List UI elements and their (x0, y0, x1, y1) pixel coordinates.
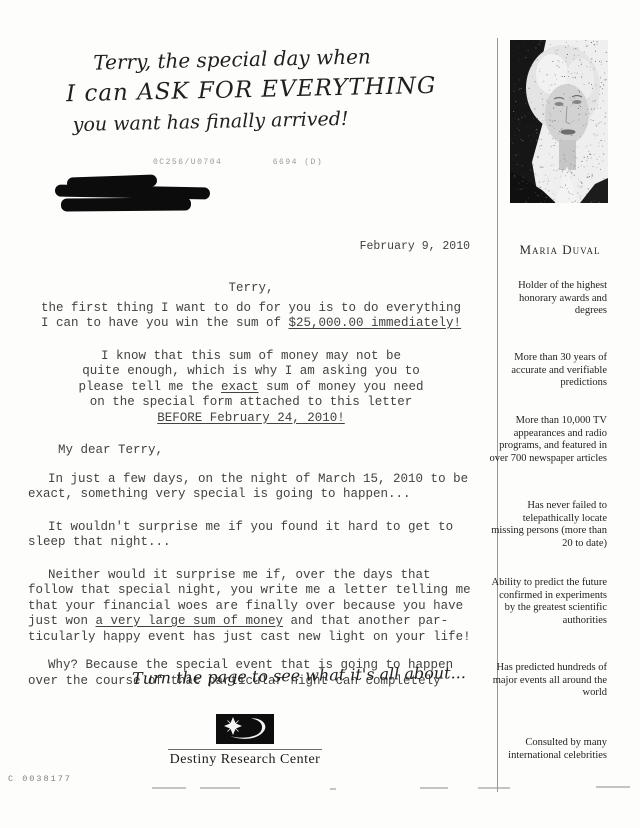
body-line: BEFORE February 24, 2010! (28, 411, 474, 427)
redacted-address-block (55, 176, 220, 216)
body-line: the first thing I want to do for you is … (28, 301, 474, 317)
maria-duval-portrait-photo (510, 40, 608, 203)
credential-item: More than 10,000 TV appearances and radi… (489, 415, 607, 465)
underlined-sum: $25,000.00 immediately! (289, 316, 462, 330)
credential-item: Consulted by many international celebrit… (489, 737, 607, 762)
destiny-research-center-logo (216, 714, 274, 749)
paragraph-request: I know that this sum of money may not be… (28, 349, 474, 427)
letter-body: Terry, the first thing I want to do for … (28, 281, 474, 689)
body-line: please tell me the exact sum of money yo… (28, 380, 474, 396)
body-line: I know that this sum of money may not be (28, 349, 474, 365)
mail-code: C 0038177 (8, 774, 72, 784)
body-line: It wouldn't surprise me if you found it … (28, 520, 474, 536)
paragraph-night: In just a few days, on the night of Marc… (28, 472, 474, 503)
body-line: In just a few days, on the night of Marc… (28, 472, 474, 488)
underlined-large-sum: a very large sum of money (96, 614, 284, 628)
credential-item: Holder of the highest honorary awards an… (489, 280, 607, 318)
body-line: that your financial woes are finally ove… (28, 599, 474, 615)
underlined-deadline: BEFORE February 24, 2010! (157, 411, 345, 425)
body-line: just won a very large sum of money and t… (28, 614, 474, 630)
scan-artifact (478, 787, 510, 789)
scan-artifact (200, 787, 240, 789)
star-swoosh-icon (216, 714, 274, 744)
letter-date: February 9, 2010 (330, 240, 470, 253)
body-line: quite enough, which is why I am asking y… (28, 364, 474, 380)
processing-code: 0C256/U0704 6694 (D) (153, 158, 323, 167)
body-line: exact, something very special is going t… (28, 487, 474, 503)
redaction-stroke (61, 197, 191, 211)
paragraph-win: Neither would it surprise me if, over th… (28, 568, 474, 646)
paragraph-intro: the first thing I want to do for you is … (28, 301, 474, 332)
credential-item: Ability to predict the future confirmed … (489, 577, 607, 627)
body-line: sleep that night... (28, 535, 474, 551)
body-line: I can to have you win the sum of $25,000… (28, 316, 474, 332)
scan-artifact (420, 787, 448, 789)
salutation: Terry, (28, 281, 474, 297)
logo-rule (168, 749, 322, 750)
scan-artifact (596, 786, 630, 788)
credential-item: Has never failed to telepathically locat… (489, 500, 607, 550)
sidebar-psychic-name: Maria Duval (500, 242, 620, 258)
paragraph-dear: My dear Terry, (28, 443, 474, 459)
body-line: ticularly happy event has just cast new … (28, 630, 474, 646)
body-line: Neither would it surprise me if, over th… (28, 568, 474, 584)
body-line: on the special form attached to this let… (28, 395, 474, 411)
scan-artifact (330, 788, 336, 790)
handwritten-headline: Terry, the special day when I can ASK FO… (65, 40, 437, 141)
scan-artifact (152, 787, 186, 789)
organization-name: Destiny Research Center (155, 752, 335, 768)
body-line: follow that special night, you write me … (28, 583, 474, 599)
credential-item: Has predicted hundreds of major events a… (489, 662, 607, 700)
scanned-letter-page: Terry, the special day when I can ASK FO… (0, 0, 640, 828)
paragraph-sleep: It wouldn't surprise me if you found it … (28, 520, 474, 551)
credential-item: More than 30 years of accurate and verif… (489, 352, 607, 390)
underlined-exact: exact (221, 380, 259, 394)
